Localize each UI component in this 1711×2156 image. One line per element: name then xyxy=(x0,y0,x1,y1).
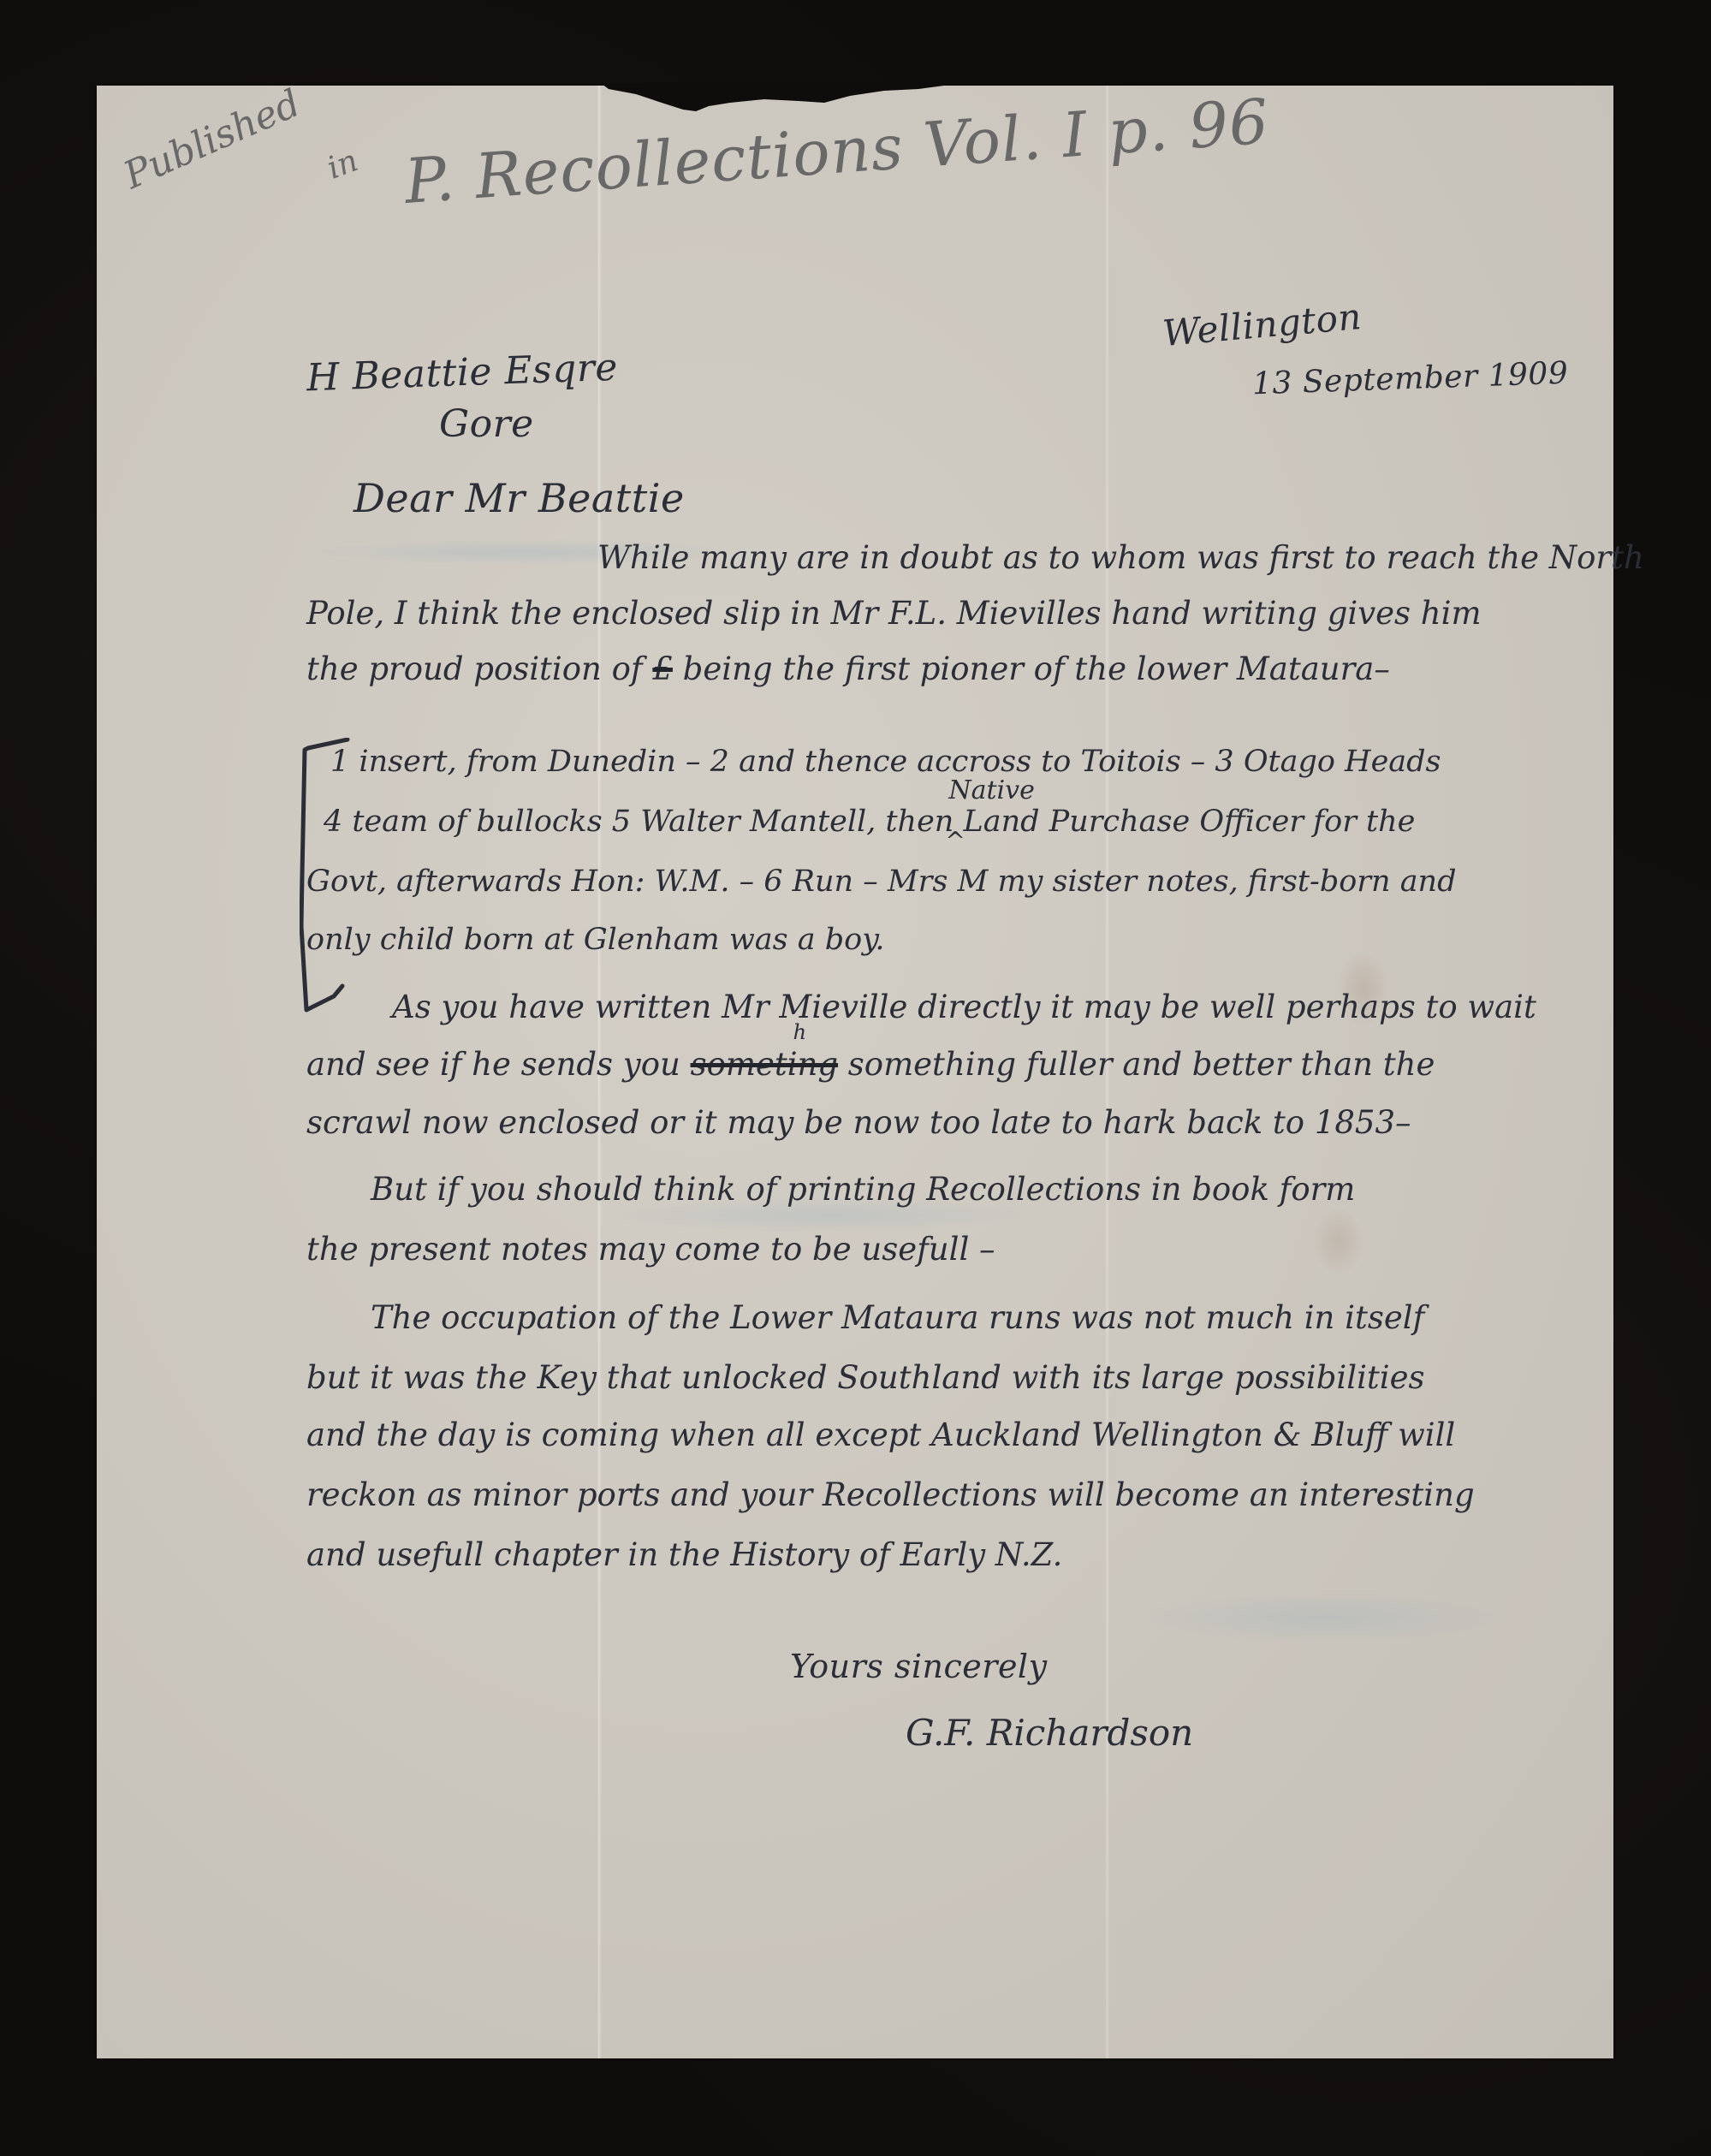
pencil-annotation-in: in xyxy=(323,143,363,186)
closing: Yours sincerely xyxy=(790,1648,1048,1685)
text-fragment: 4 team of bullocks 5 Walter Mantell, the… xyxy=(324,805,954,839)
paragraph-3-line-2: the present notes may come to be usefull… xyxy=(306,1231,995,1268)
paragraph-1-line-1: While many are in doubt as to whom was f… xyxy=(597,539,1644,576)
salutation: Dear Mr Beattie xyxy=(353,475,685,521)
paragraph-4-line-5: and usefull chapter in the History of Ea… xyxy=(306,1536,1062,1573)
pencil-annotation-published: Published xyxy=(117,81,306,198)
text-fragment: being the first pioner of the lower Mata… xyxy=(673,650,1390,687)
caret-mark: ^ xyxy=(945,827,965,855)
struck-out-text: £ xyxy=(652,650,673,687)
text-fragment: Land Purchase Officer for the xyxy=(964,805,1416,839)
signature: G.F. Richardson xyxy=(906,1712,1193,1754)
letter-date: 13 September 1909 xyxy=(1251,356,1569,402)
paragraph-1-line-3: the proud position of £ being the first … xyxy=(306,650,1390,687)
text-fragment: the proud position of xyxy=(306,650,652,687)
paragraph-3-line-1: But if you should think of printing Reco… xyxy=(371,1171,1355,1208)
inserted-letters: h xyxy=(793,1020,806,1044)
recipient-name: H Beattie Esqre xyxy=(306,346,618,401)
recipient-place: Gore xyxy=(439,402,534,446)
text-fragment: and see if he sends you xyxy=(306,1046,691,1083)
blue-offset-mark xyxy=(1141,1592,1500,1643)
struck-out-text: someting xyxy=(691,1046,838,1083)
corrected-word: sometingh xyxy=(691,1046,838,1083)
paragraph-2-line-1: As you have written Mr Mieville directly… xyxy=(392,989,1536,1025)
notes-line-2: 4 team of bullocks 5 Walter Mantell, the… xyxy=(324,805,1415,839)
sender-location: Wellington xyxy=(1161,295,1363,354)
notes-line-1: 1 insert, from Dunedin – 2 and thence ac… xyxy=(330,745,1441,779)
letter-paper: Published in P. Recollections Vol. I p. … xyxy=(97,86,1613,2058)
inserted-word: Native^ xyxy=(954,805,963,839)
text-fragment: something fuller and better than the xyxy=(838,1046,1435,1083)
paragraph-2-line-3: scrawl now enclosed or it may be now too… xyxy=(306,1104,1411,1141)
inserted-word-native: Native xyxy=(948,775,1035,805)
paragraph-1-line-2: Pole, I think the enclosed slip in Mr F.… xyxy=(306,595,1482,632)
paragraph-4-line-1: The occupation of the Lower Mataura runs… xyxy=(371,1299,1424,1336)
notes-line-3: Govt, afterwards Hon: W.M. – 6 Run – Mrs… xyxy=(306,864,1457,899)
paragraph-4-line-3: and the day is coming when all except Au… xyxy=(306,1417,1455,1453)
notes-line-4: only child born at Glenham was a boy. xyxy=(306,923,884,957)
paragraph-4-line-4: reckon as minor ports and your Recollect… xyxy=(306,1476,1475,1513)
stain xyxy=(1312,1207,1363,1275)
paragraph-2-line-2: and see if he sends you sometingh someth… xyxy=(306,1046,1435,1083)
paragraph-4-line-2: but it was the Key that unlocked Southla… xyxy=(306,1359,1425,1396)
